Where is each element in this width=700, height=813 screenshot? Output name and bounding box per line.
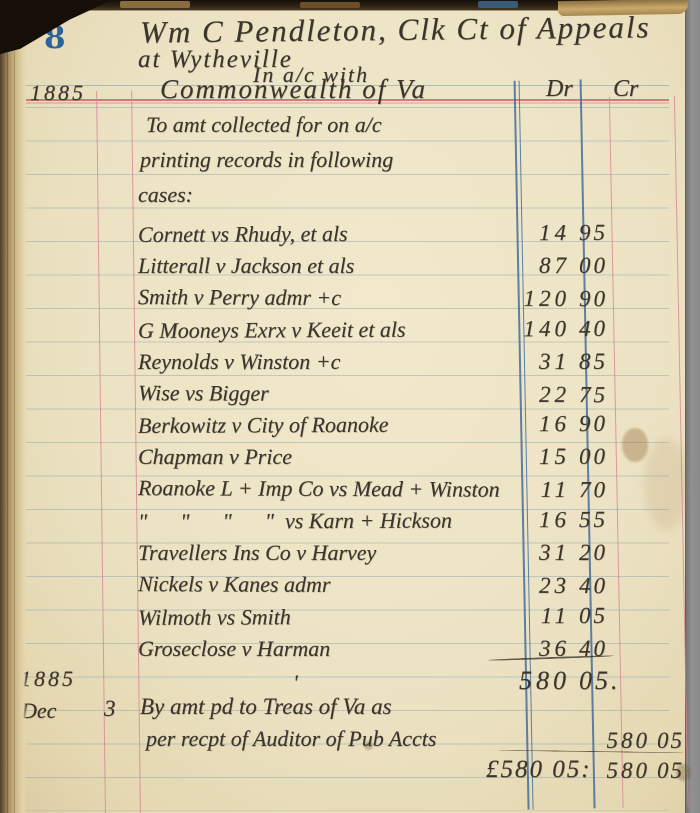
debit-dollars: 22 <box>498 381 570 407</box>
debit-dollars: 31 <box>498 540 570 566</box>
stacked-page-edges <box>0 34 27 813</box>
case-name: Litterall v Jackson et als <box>138 253 354 279</box>
intro-line: printing records in following <box>140 147 393 173</box>
ledger-row: Berkowitz v City of Roanoke1690 <box>0 409 685 444</box>
ledger-row: Chapman v Price1500 <box>0 442 685 474</box>
subtotal-dollars: 580 <box>498 666 570 696</box>
debit-column-header: Dr <box>546 76 573 103</box>
debit-dollars: 31 <box>498 349 570 375</box>
ledger-row: Groseclose v Harman3640 <box>0 634 685 666</box>
ledger-row: Wilmoth vs Smith1105 <box>0 600 685 635</box>
case-name: Cornett vs Rhudy, et als <box>138 221 348 248</box>
case-name: G Mooneys Exrx v Keeit et als <box>138 316 406 343</box>
case-name: Roanoke L + Imp Co vs Mead + Winston <box>138 475 500 503</box>
debit-dollars: 23 <box>498 573 570 599</box>
debit-dollars: 140 <box>498 316 570 342</box>
debit-cents: 40 <box>579 573 608 599</box>
debit-dollars: 11 <box>498 477 570 503</box>
curled-page-edge <box>558 0 688 16</box>
debit-cents: 05 <box>579 603 608 629</box>
case-name: Chapman v Price <box>138 444 292 470</box>
debit-cents: 95 <box>579 220 608 246</box>
debit-cents: 40 <box>579 636 608 662</box>
credit-day: 3 <box>104 696 116 722</box>
ledger-scan: 8 Wm C Pendleton, Clk Ct of Appeals at W… <box>0 0 700 813</box>
debit-cents: 90 <box>579 411 608 437</box>
debit-dollars: 11 <box>498 603 570 629</box>
debit-dollars: 16 <box>498 411 570 437</box>
debit-cents: 75 <box>579 382 608 408</box>
ledger-row: Smith v Perry admr +c12090 <box>0 281 685 316</box>
ledger-row: G Mooneys Exrx v Keeit et als14040 <box>0 313 685 348</box>
closing-left-total: £580 05: <box>486 756 592 784</box>
case-name: Smith v Perry admr +c <box>138 284 341 311</box>
case-name: Reynolds v Winston +c <box>138 349 340 375</box>
binding-fragment <box>120 1 190 8</box>
closing-right-cents: 05 <box>657 758 684 784</box>
credit-column-header: Cr <box>613 76 638 103</box>
debit-cents: 20 <box>579 540 608 566</box>
ledger-page: 8 Wm C Pendleton, Clk Ct of Appeals at W… <box>0 0 685 813</box>
case-name: Groseclose v Harman <box>138 636 330 662</box>
credit-line-2: per recpt of Auditor of Pub Accts <box>146 726 436 752</box>
debit-cents: 70 <box>579 477 608 503</box>
debit-cents: 85 <box>579 349 608 375</box>
case-name: Wise vs Bigger <box>138 380 269 407</box>
ledger-row: Litterall v Jackson et als8700 <box>0 251 685 283</box>
year-heading: 1885 <box>30 80 86 106</box>
ledger-row: Nickels v Kanes admr2340 <box>0 568 685 603</box>
case-name: Wilmoth vs Smith <box>138 604 291 631</box>
debit-dollars: 14 <box>498 220 570 246</box>
account-title: Commonwealth of Va <box>160 74 427 105</box>
credit-cents: 05 <box>657 728 684 754</box>
case-name: " " " " vs Karn + Hickson <box>138 508 452 535</box>
ledger-row: Reynolds v Winston +c3185 <box>0 347 685 379</box>
ledger-row: Wise vs Bigger2275 <box>0 377 685 412</box>
intro-line: To amt collected for on a/c <box>146 112 382 138</box>
debit-cents: 55 <box>579 507 608 533</box>
ledger-row: " " " " vs Karn + Hickson1655 <box>0 505 685 540</box>
credit-line-1: By amt pd to Treas of Va as <box>140 694 392 720</box>
case-name: Nickels v Kanes admr <box>138 571 331 598</box>
case-name: Berkowitz v City of Roanoke <box>138 412 389 439</box>
debit-dollars: 15 <box>498 444 570 470</box>
intro-line: cases: <box>138 182 193 208</box>
debit-dollars: 87 <box>498 253 570 279</box>
debit-cents: 90 <box>579 286 608 312</box>
binding-fragment <box>300 2 360 8</box>
tick-mark: ' <box>293 670 298 696</box>
ledger-row: Roanoke L + Imp Co vs Mead + Winston1170 <box>0 473 685 508</box>
debit-cents: 40 <box>579 316 608 342</box>
ledger-row: Travellers Ins Co v Harvey3120 <box>0 538 685 570</box>
debit-cents: 00 <box>579 444 608 470</box>
closing-right-dollars: 580 <box>586 758 650 784</box>
year-label: 1885 <box>20 666 76 692</box>
debit-cents: 00 <box>579 253 608 279</box>
debit-dollars: 16 <box>498 507 570 533</box>
binding-fragment <box>478 1 518 8</box>
case-name: Travellers Ins Co v Harvey <box>138 540 376 566</box>
subtotal-cents: 05. <box>579 666 621 696</box>
debit-dollars: 120 <box>498 285 570 311</box>
ledger-row: Cornett vs Rhudy, et als1495 <box>0 218 685 253</box>
